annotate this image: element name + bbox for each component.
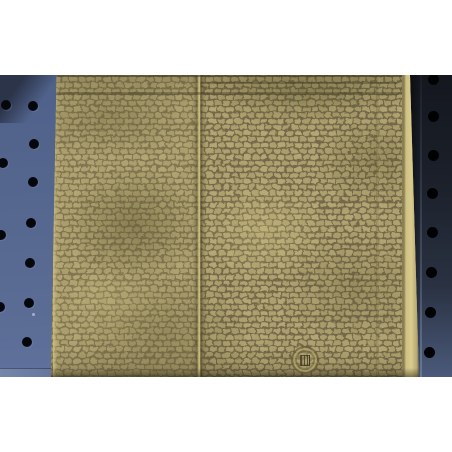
pegboard-reflection-speck — [32, 313, 35, 316]
sheet-tonal-overlay — [51, 75, 419, 377]
maker-stamp-icon — [291, 346, 319, 374]
sheet-bottom-shadow — [51, 368, 419, 377]
maker-stamp-glyph — [300, 355, 310, 366]
pegboard-hole — [22, 337, 32, 347]
pegboard-hole — [28, 177, 38, 187]
pegboard-hole — [28, 101, 38, 111]
pegboard-hole — [26, 218, 36, 228]
pegboard-hole — [24, 298, 34, 308]
pegboard-lower-panel — [0, 368, 56, 377]
sheet-upper-course-line — [201, 82, 396, 84]
sheet-top-rim — [51, 75, 419, 77]
pegboard-hole — [428, 75, 439, 85]
top-whitespace — [0, 0, 452, 75]
pegboard-hole — [426, 267, 437, 278]
pegboard-edge-highlight — [420, 75, 422, 377]
product-photo — [0, 75, 452, 377]
pegboard-hole — [428, 111, 439, 122]
pegboard-hole — [29, 139, 39, 149]
pegboard-hole — [427, 188, 438, 199]
pegboard-hole — [424, 347, 435, 358]
texture-sheet — [51, 75, 419, 377]
pegboard-hole — [1, 100, 11, 110]
sheet-right-joint-line — [376, 75, 380, 377]
sheet-center-seam — [192, 75, 206, 377]
sheet-top-course-line — [51, 92, 419, 95]
pegboard-hole — [427, 227, 438, 238]
product-photo-page — [0, 0, 452, 452]
pegboard-hole — [428, 150, 439, 161]
pegboard-hole — [425, 307, 436, 318]
pegboard-hole — [25, 258, 35, 268]
bottom-whitespace — [0, 377, 452, 452]
